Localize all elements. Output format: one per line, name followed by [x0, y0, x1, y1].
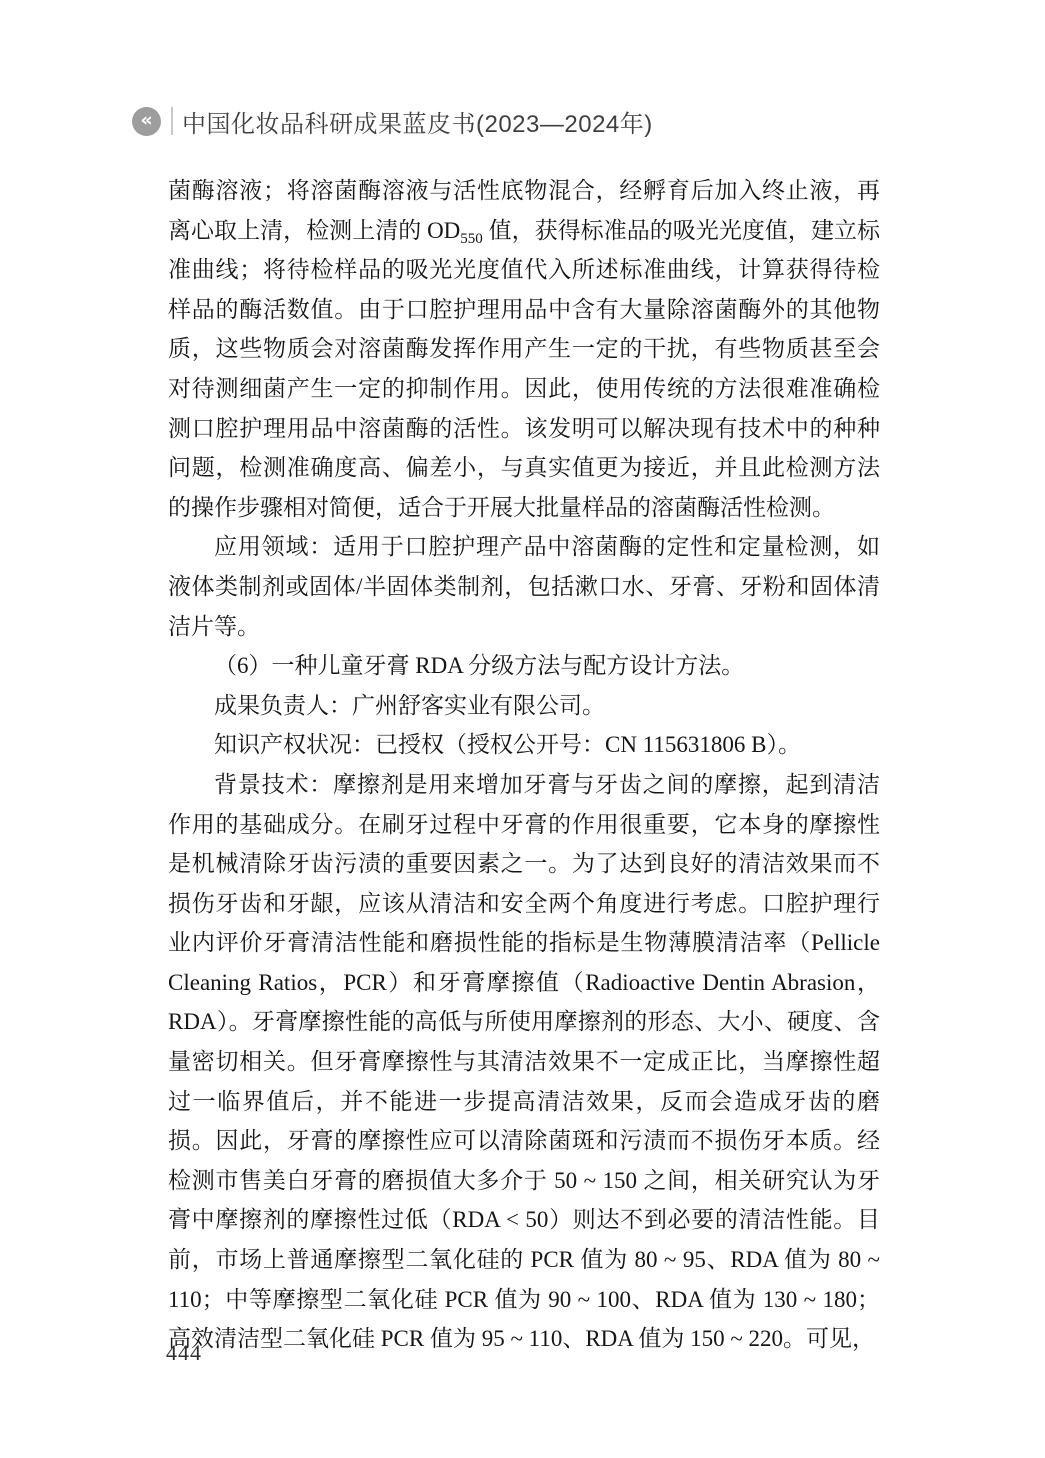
book-title: 中国化妆品科研成果蓝皮书(2023—2024年) [182, 104, 653, 139]
document-page: « 中国化妆品科研成果蓝皮书(2023—2024年) 菌酶溶液；将溶菌酶溶液与活… [0, 0, 1045, 1458]
paragraph-item6-title: （6）一种儿童牙膏 RDA 分级方法与配方设计方法。 [168, 646, 880, 686]
paragraph-ip-status: 知识产权状况：已授权（授权公开号：CN 115631806 B）。 [168, 725, 880, 765]
paragraph-application-field: 应用领域：适用于口腔护理产品中溶菌酶的定性和定量检测，如液体类制剂或固体/半固体… [168, 527, 880, 646]
page-footer: 444 [166, 1340, 202, 1366]
paragraph-lysozyme-detection: 菌酶溶液；将溶菌酶溶液与活性底物混合，经孵育后加入终止液，再离心取上清，检测上清… [168, 171, 880, 527]
page-header: « 中国化妆品科研成果蓝皮书(2023—2024年) [132, 104, 653, 138]
paragraph-achievement-owner: 成果负责人：广州舒客实业有限公司。 [168, 686, 880, 726]
od550-subscript: 550 [460, 231, 483, 247]
paragraph-background-technology: 背景技术：摩擦剂是用来增加牙膏与牙齿之间的摩擦，起到清洁作用的基础成分。在刷牙过… [168, 765, 880, 1359]
paragraph-text-after-subscript: 值，获得标准品的吸光光度值，建立标准曲线；将待检样品的吸光光度值代入所述标准曲线… [168, 218, 880, 520]
page-number: 444 [166, 1340, 202, 1365]
header-divider [171, 107, 173, 135]
double-chevron-left-icon: « [132, 107, 161, 136]
page-body: 菌酶溶液；将溶菌酶溶液与活性底物混合，经孵育后加入终止液，再离心取上清，检测上清… [168, 171, 880, 1359]
